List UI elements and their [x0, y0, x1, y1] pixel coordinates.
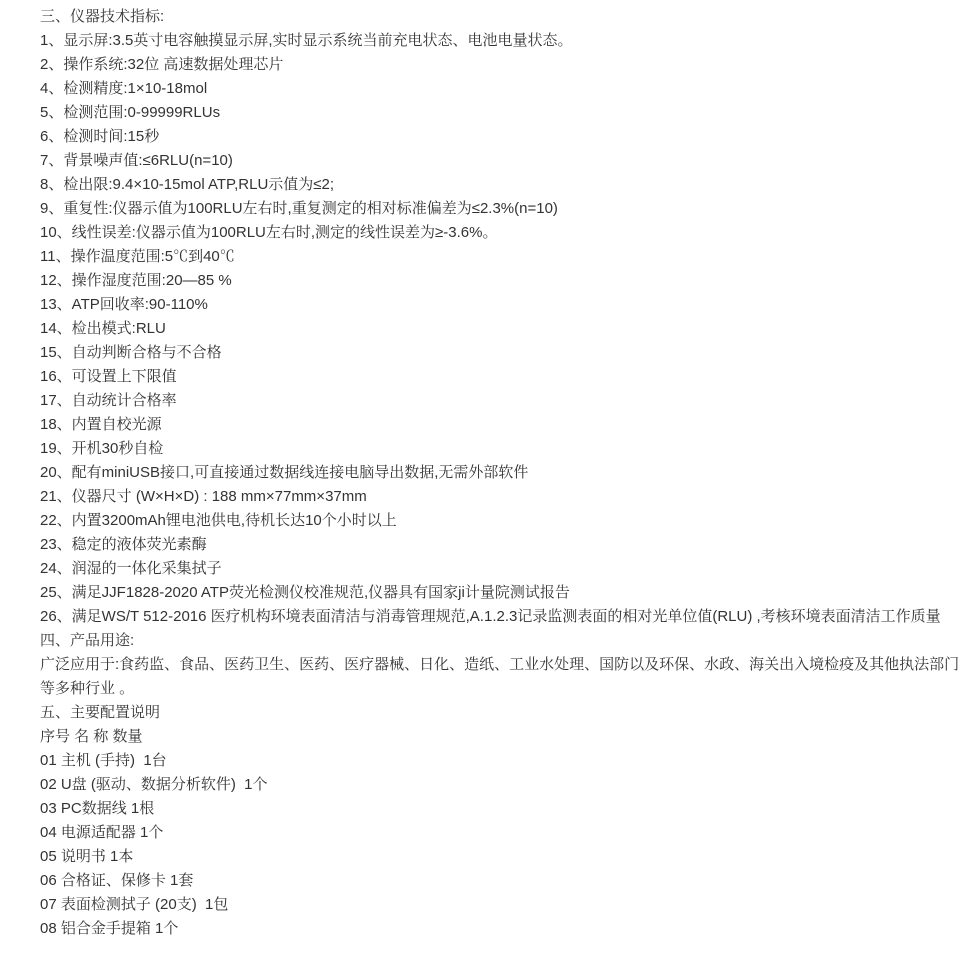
- spec-item-self-check: 19、开机30秒自检: [40, 437, 970, 461]
- spec-item-limits: 16、可设置上下限值: [40, 365, 970, 389]
- config-item-usb-drive: 02 U盘 (驱动、数据分析软件) 1个: [40, 773, 970, 797]
- spec-item-dimensions: 21、仪器尺寸 (W×H×D) : 188 mm×77mm×37mm: [40, 485, 970, 509]
- spec-item-pass-rate: 17、自动统计合格率: [40, 389, 970, 413]
- config-item-aluminum-case: 08 铝合金手提箱 1个: [40, 917, 970, 941]
- spec-item-ws-standard: 26、满足WS/T 512-2016 医疗机构环境表面清洁与消毒管理规范,A.1…: [40, 605, 970, 629]
- spec-item-humidity-range: 12、操作湿度范围:20—85 %: [40, 269, 970, 293]
- spec-item-linearity: 10、线性误差:仪器示值为100RLU左右时,测定的线性误差为≥-3.6%。: [40, 221, 970, 245]
- spec-item-jjf-standard: 25、满足JJF1828-2020 ATP荧光检测仪校准规范,仪器具有国家ji计…: [40, 581, 970, 605]
- product-usage-text: 广泛应用于:食药监、食品、医药卫生、医药、医疗器械、日化、造纸、工业水处理、国防…: [40, 653, 970, 701]
- section-configuration: 五、主要配置说明 序号 名 称 数量 01 主机 (手持) 1台 02 U盘 (…: [40, 701, 970, 941]
- spec-item-usb: 20、配有miniUSB接口,可直接通过数据线连接电脑导出数据,无需外部软件: [40, 461, 970, 485]
- config-item-host: 01 主机 (手持) 1台: [40, 749, 970, 773]
- spec-item-atp-recovery: 13、ATP回收率:90-110%: [40, 293, 970, 317]
- spec-item-luciferase: 23、稳定的液体荧光素酶: [40, 533, 970, 557]
- spec-item-detect-mode: 14、检出模式:RLU: [40, 317, 970, 341]
- spec-item-precision: 4、检测精度:1×10-18mol: [40, 77, 970, 101]
- spec-item-noise: 7、背景噪声值:≤6RLU(n=10): [40, 149, 970, 173]
- spec-item-range: 5、检测范围:0-99999RLUs: [40, 101, 970, 125]
- spec-item-repeatability: 9、重复性:仪器示值为100RLU左右时,重复测定的相对标准偏差为≤2.3%(n…: [40, 197, 970, 221]
- configuration-table-header: 序号 名 称 数量: [40, 725, 970, 749]
- configuration-heading: 五、主要配置说明: [40, 701, 970, 725]
- spec-item-battery: 22、内置3200mAh锂电池供电,待机长达10个小时以上: [40, 509, 970, 533]
- spec-item-light-source: 18、内置自校光源: [40, 413, 970, 437]
- spec-item-swab: 24、润湿的一体化采集拭子: [40, 557, 970, 581]
- config-item-manual: 05 说明书 1本: [40, 845, 970, 869]
- product-description-page: 三、仪器技术指标: 1、显示屏:3.5英寸电容触摸显示屏,实时显示系统当前充电状…: [0, 0, 978, 966]
- spec-item-time: 6、检测时间:15秒: [40, 125, 970, 149]
- spec-item-os: 2、操作系统:32位 高速数据处理芯片: [40, 53, 970, 77]
- section-tech-specs: 三、仪器技术指标: 1、显示屏:3.5英寸电容触摸显示屏,实时显示系统当前充电状…: [40, 5, 970, 629]
- config-item-power-adapter: 04 电源适配器 1个: [40, 821, 970, 845]
- spec-item-auto-judge: 15、自动判断合格与不合格: [40, 341, 970, 365]
- spec-item-temp-range: 11、操作温度范围:5℃到40℃: [40, 245, 970, 269]
- config-item-certificate: 06 合格证、保修卡 1套: [40, 869, 970, 893]
- config-item-test-swabs: 07 表面检测拭子 (20支) 1包: [40, 893, 970, 917]
- product-usage-heading: 四、产品用途:: [40, 629, 970, 653]
- config-item-pc-cable: 03 PC数据线 1根: [40, 797, 970, 821]
- spec-item-detection-limit: 8、检出限:9.4×10-15mol ATP,RLU示值为≤2;: [40, 173, 970, 197]
- section-product-usage: 四、产品用途: 广泛应用于:食药监、食品、医药卫生、医药、医疗器械、日化、造纸、…: [40, 629, 970, 701]
- tech-specs-heading: 三、仪器技术指标:: [40, 5, 970, 29]
- spec-item-display: 1、显示屏:3.5英寸电容触摸显示屏,实时显示系统当前充电状态、电池电量状态。: [40, 29, 970, 53]
